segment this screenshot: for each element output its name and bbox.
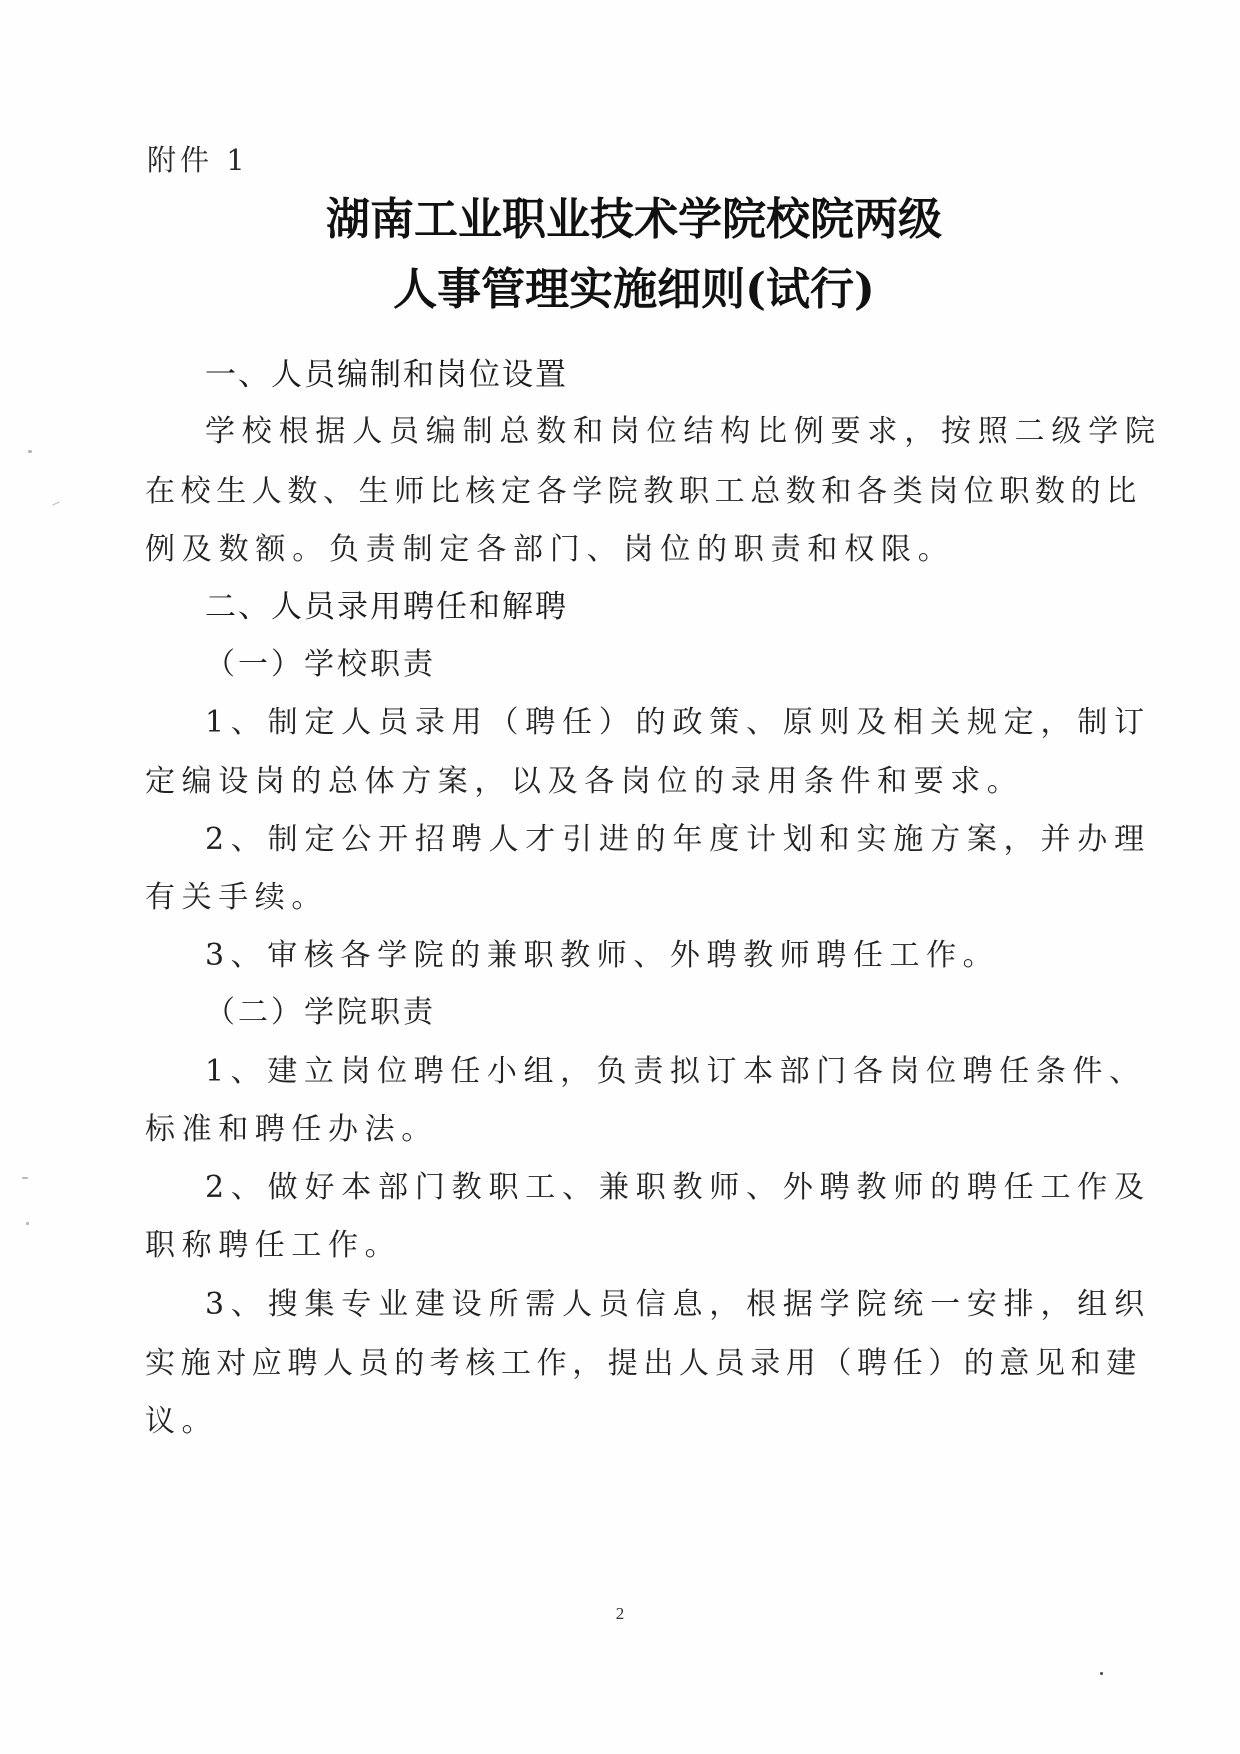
list-item-line: 2、制定公开招聘人才引进的年度计划和实施方案，并办理 xyxy=(205,820,1151,860)
document-page: 附件 1 湖南工业职业技术学院校院两级 人事管理实施细则(试行) 一、人员编制和… xyxy=(0,0,1240,1754)
list-item-line: 议。 xyxy=(145,1402,218,1442)
scan-artifact xyxy=(52,501,60,505)
paragraph-line: 在校生人数、生师比核定各学院教职工总数和各类岗位职数的比 xyxy=(145,472,1142,512)
scan-artifact xyxy=(22,1177,28,1179)
subsection-heading-college: （二）学院职责 xyxy=(205,993,436,1033)
scan-artifact xyxy=(1100,1672,1103,1675)
list-item-line: 有关手续。 xyxy=(145,878,328,918)
list-item-line: 标准和聘任办法。 xyxy=(145,1110,438,1150)
document-title-line-1: 湖南工业职业技术学院校院两级 xyxy=(0,192,1240,248)
list-item-line: 定编设岗的总体方案，以及各岗位的录用条件和要求。 xyxy=(145,762,1023,802)
attachment-label: 附件 1 xyxy=(147,140,249,180)
list-item-line: 1、建立岗位聘任小组，负责拟订本部门各岗位聘任条件、 xyxy=(205,1052,1146,1092)
list-item-line: 3、搜集专业建设所需人员信息，根据学院统一安排，组织 xyxy=(205,1285,1151,1325)
subsection-heading-school: （一）学校职责 xyxy=(205,645,436,685)
scan-artifact xyxy=(28,450,32,453)
section-heading-1: 一、人员编制和岗位设置 xyxy=(205,355,568,395)
section-heading-2: 二、人员录用聘任和解聘 xyxy=(205,587,568,627)
list-item-line: 实施对应聘人员的考核工作，提出人员录用（聘任）的意见和建 xyxy=(145,1344,1142,1384)
paragraph-line: 例及数额。负责制定各部门、岗位的职责和权限。 xyxy=(145,530,955,570)
document-title-line-2: 人事管理实施细则(试行) xyxy=(0,262,1240,318)
page-number: 2 xyxy=(0,1604,1240,1624)
list-item-line: 3、审核各学院的兼职教师、外聘教师聘任工作。 xyxy=(205,936,999,976)
scan-artifact xyxy=(26,1222,29,1225)
paragraph-line: 学校根据人员编制总数和岗位结构比例要求，按照二级学院 xyxy=(205,412,1162,452)
list-item-line: 2、做好本部门教职工、兼职教师、外聘教师的聘任工作及 xyxy=(205,1168,1151,1208)
list-item-line: 1、制定人员录用（聘任）的政策、原则及相关规定，制订 xyxy=(205,703,1151,743)
list-item-line: 职称聘任工作。 xyxy=(145,1226,401,1266)
